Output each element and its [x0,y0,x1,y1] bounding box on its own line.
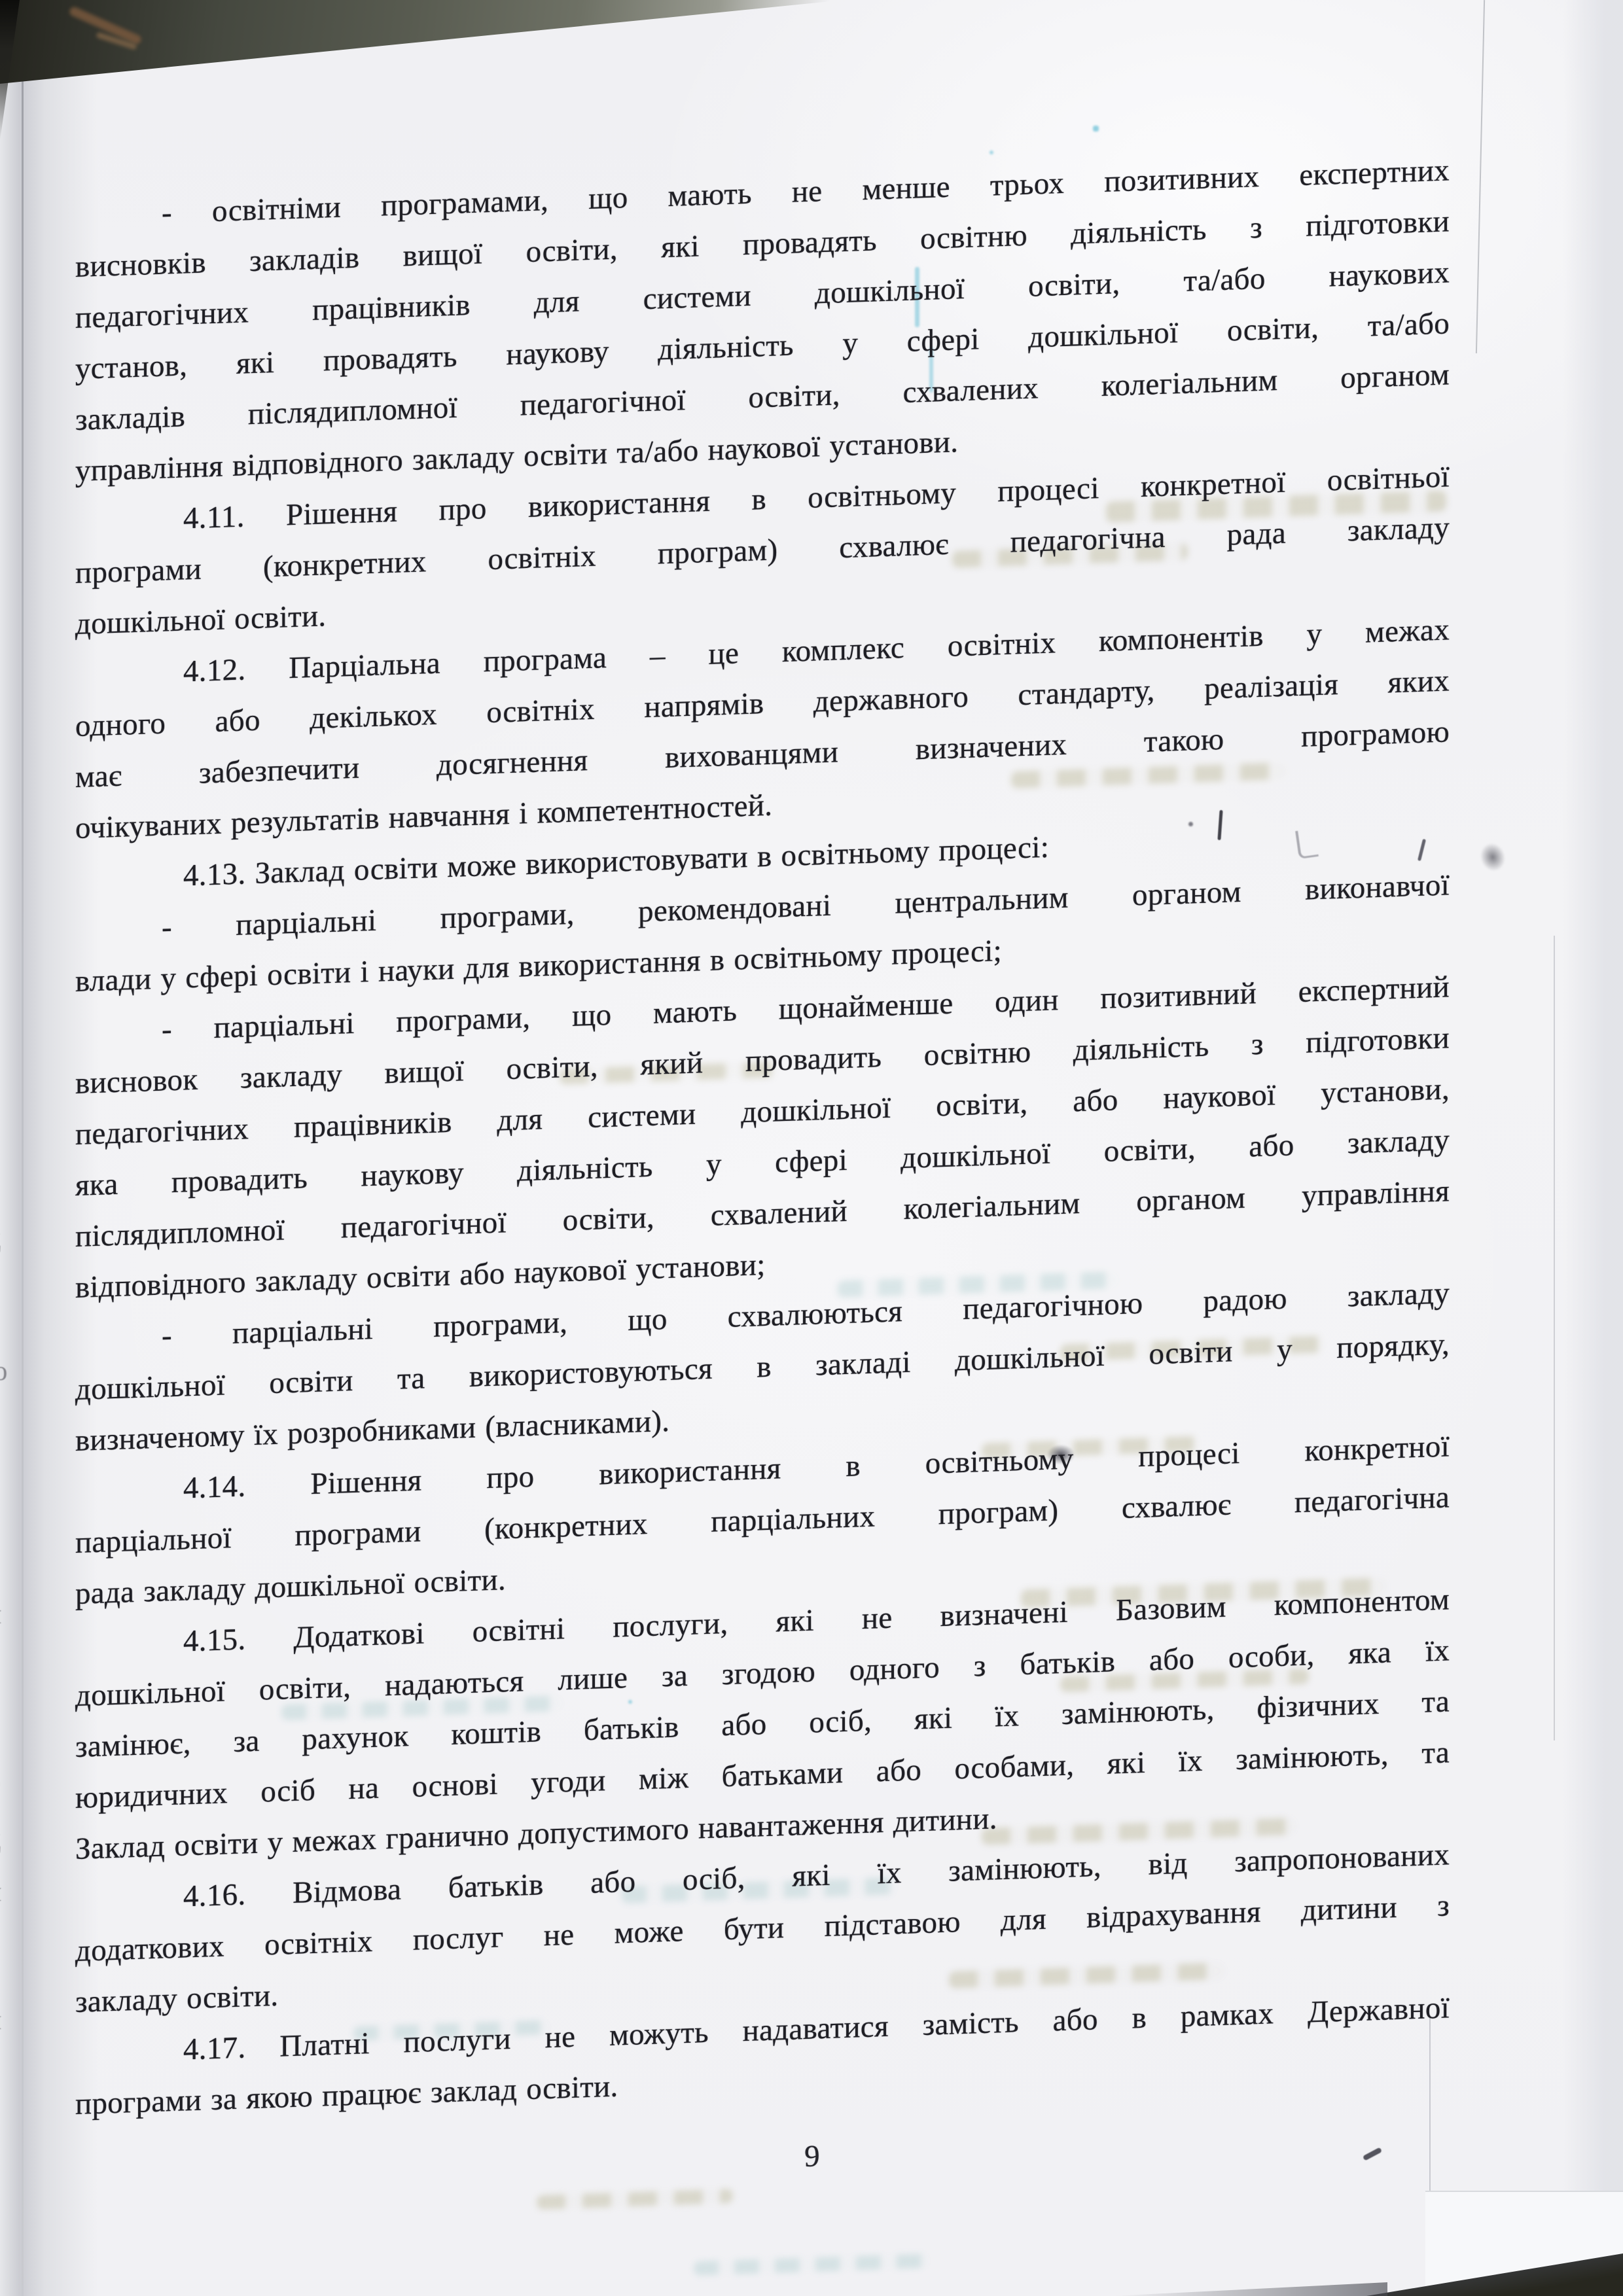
adjacent-page-letter-fragment: п [0,1599,16,1631]
adjacent-page-letter-fragment: ) [0,1314,16,1345]
paragraph-clause-4.15: 4.15. Додаткові освітні послуги, які не … [75,1574,1450,1875]
binding-fold-line [22,62,24,2296]
cyan-ink-speck [1093,126,1099,132]
paper-edge-line-middle-right [1554,936,1555,1740]
paragraph-clause-4.13-item-2: - парціальні програми, що мають щонаймен… [75,961,1450,1313]
adjacent-page-letter-fragment: д [0,1823,16,1854]
right-page-edge-shading [1563,0,1623,2296]
scanned-document-page: { "document": { "language": "uk", "page_… [0,0,1623,2296]
adjacent-page-letter-fragment: д [0,1222,16,1254]
adjacent-page-letter-fragment: н [0,1877,16,1908]
cyan-ink-speck [990,150,993,154]
adjacent-page-letter-fragment: и [0,2005,16,2036]
adjacent-page-letter-fragment: з [0,1269,16,1301]
document-text: - освітніми програмами, що мають не менш… [75,145,1450,2206]
paragraph-list-item-education-programs: - освітніми програмами, що мають не менш… [75,145,1450,497]
adjacent-page-letter-fragment: о [0,1767,16,1798]
adjacent-page-letter-fragment: в [0,1651,16,1683]
adjacent-page-letter-fragment: ю [0,1356,16,1387]
adjacent-page-letter-fragment: є [0,1178,16,1209]
